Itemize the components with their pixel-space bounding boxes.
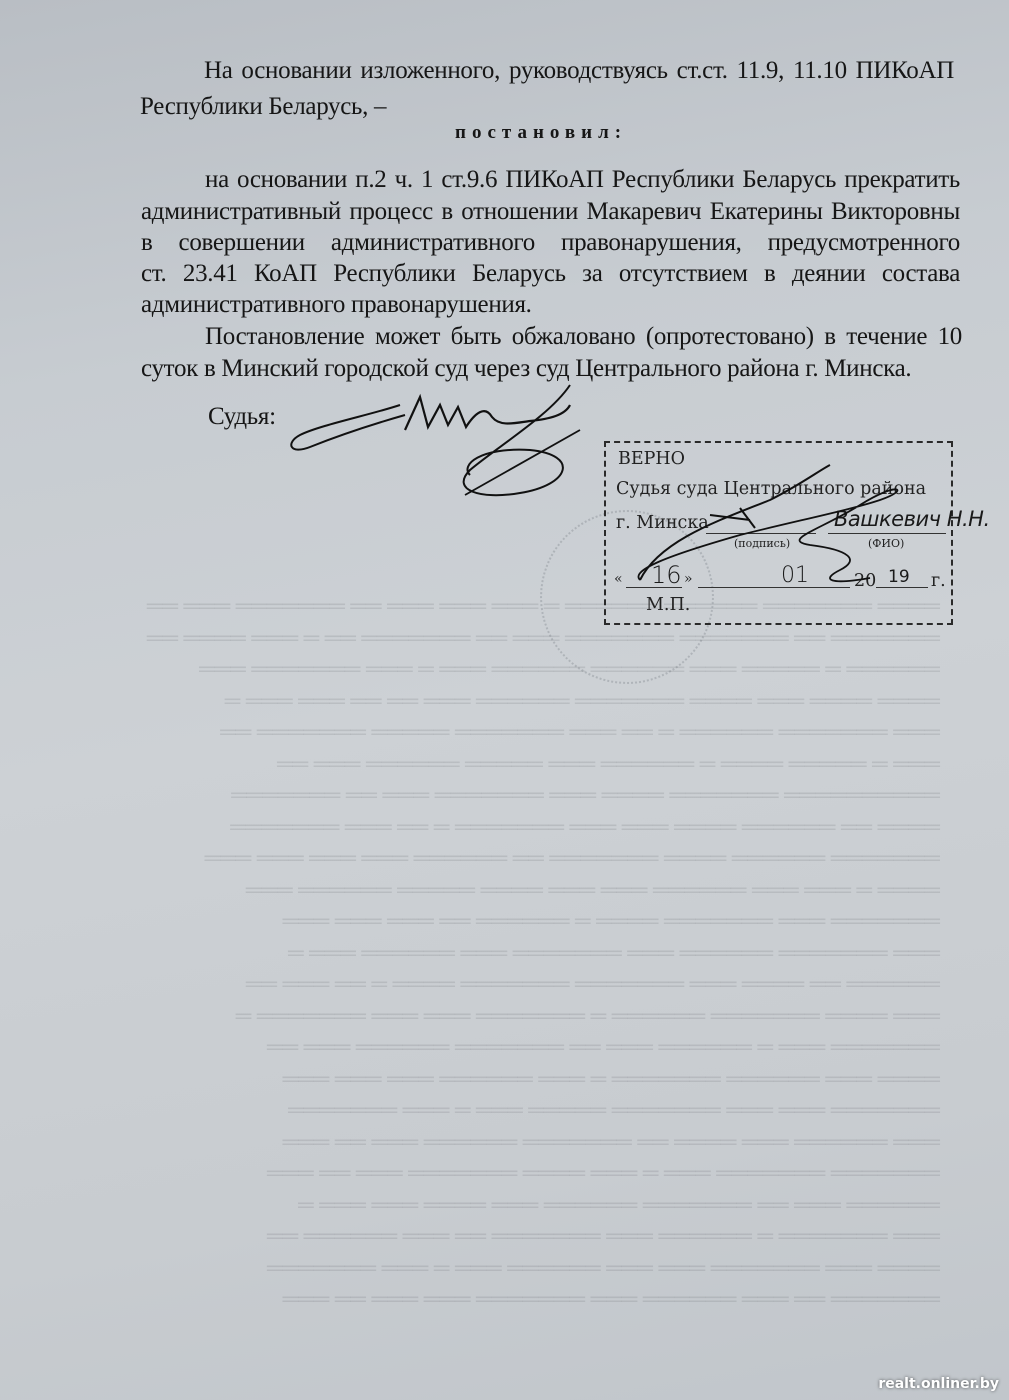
judge-signature bbox=[280, 375, 600, 505]
intro-line-2: Республики Беларусь, – bbox=[140, 92, 386, 122]
certifier-signature bbox=[600, 460, 930, 600]
document-page: ════ ═══════ ══════ ══════ ═ ═══ ═══ ═══… bbox=[0, 0, 1009, 1400]
date-suffix: г. bbox=[931, 571, 946, 591]
bleed-through-text: ════ ═══════ ══════ ══════ ═ ═══ ═══ ═══… bbox=[40, 590, 940, 1315]
decision-line-4: ст. 23.41 КоАП Республики Беларусь за от… bbox=[141, 259, 960, 289]
decision-line-2: административный процесс в отношении Мак… bbox=[141, 197, 960, 227]
appeal-line-1: Постановление может быть обжаловано (опр… bbox=[205, 322, 962, 352]
decision-line-3: в совершении административного правонару… bbox=[141, 228, 960, 258]
decision-heading: постановил: bbox=[455, 118, 627, 148]
decision-line-5: административного правонарушения. bbox=[141, 290, 532, 320]
judge-label: Судья: bbox=[208, 402, 276, 432]
decision-line-1: на основании п.2 ч. 1 ст.9.6 ПИКоАП Респ… bbox=[205, 165, 960, 195]
source-watermark: realt.onliner.by bbox=[878, 1376, 999, 1392]
intro-line-1: На основании изложенного, руководствуясь… bbox=[204, 56, 954, 86]
